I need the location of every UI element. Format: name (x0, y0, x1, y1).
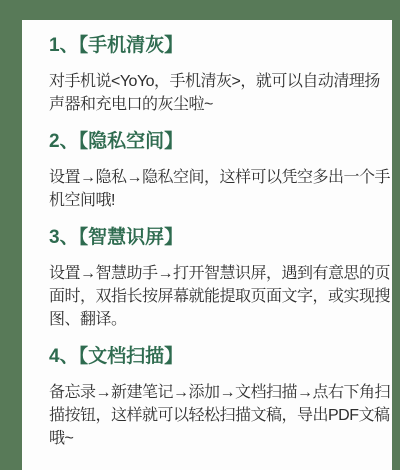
tip-body-document-scan: 备忘录→新建笔记→添加→文档扫描→点右下角扫 描按钮，这样就可以轻松扫描文稿，导… (49, 381, 386, 450)
tip-heading-document-scan: 4、【文档扫描】 (49, 345, 386, 369)
tip-body-phone-dust-clean: 对手机说<YoYo，手机清灰>，就可以自动清理扬 声器和充电口的灰尘啦~ (49, 70, 386, 116)
content-card: 1、【手机清灰】 对手机说<YoYo，手机清灰>，就可以自动清理扬 声器和充电口… (22, 20, 392, 470)
tip-section-3: 3、【智慧识屏】 设置→智慧助手→打开智慧识屏，遇到有意思的页 面时，双指长按屏… (49, 226, 386, 331)
tip-section-1: 1、【手机清灰】 对手机说<YoYo，手机清灰>，就可以自动清理扬 声器和充电口… (49, 34, 386, 116)
tip-heading-private-space: 2、【隐私空间】 (49, 130, 386, 154)
tip-heading-smart-screen-recognition: 3、【智慧识屏】 (49, 226, 386, 250)
tip-heading-phone-dust-clean: 1、【手机清灰】 (49, 34, 386, 58)
tip-body-private-space: 设置→隐私→隐私空间，这样可以凭空多出一个手 机空间哦! (49, 166, 386, 212)
tip-body-smart-screen-recognition: 设置→智慧助手→打开智慧识屏，遇到有意思的页 面时，双指长按屏幕就能提取页面文字… (49, 262, 386, 331)
tip-section-2: 2、【隐私空间】 设置→隐私→隐私空间，这样可以凭空多出一个手 机空间哦! (49, 130, 386, 212)
tip-section-4: 4、【文档扫描】 备忘录→新建笔记→添加→文档扫描→点右下角扫 描按钮，这样就可… (49, 345, 386, 450)
